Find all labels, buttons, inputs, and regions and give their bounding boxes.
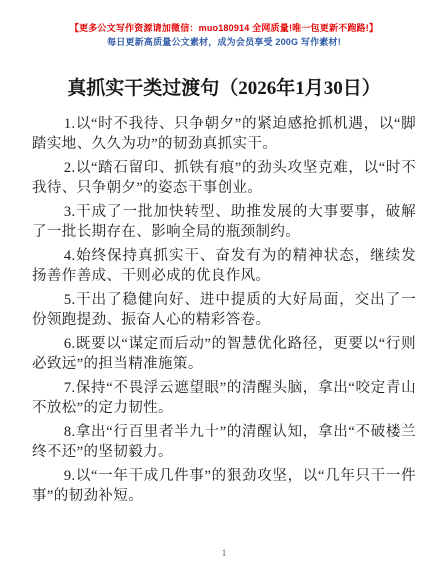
- paragraph-7: 7.保持“不畏浮云遮望眼”的清醒头脑，拿出“咬定青山不放松”的定力韧性。: [32, 379, 416, 418]
- promo-line-1: 【更多公文写作资源请加微信：muo180914 全网质量!唯一包更新不跑路!】: [0, 21, 448, 35]
- promo-line-2: 每日更新高质量公文素材，成为会员享受 200G 写作素材!: [0, 35, 448, 49]
- paragraph-3: 3.干成了一批加快转型、助推发展的大事要事，破解了一批长期存在、影响全局的瓶颈制…: [32, 203, 416, 242]
- paragraph-6: 6.既要以“谋定而后动”的智慧优化路径，更要以“行则必致远”的担当精准施策。: [32, 335, 416, 374]
- paragraph-2: 2.以“踏石留印、抓铁有痕”的劲头攻坚克难，以“时不我待、只争朝夕”的姿态干事创…: [32, 159, 416, 198]
- document-page: 【更多公文写作资源请加微信：muo180914 全网质量!唯一包更新不跑路!】 …: [0, 0, 448, 580]
- paragraph-8: 8.拿出“行百里者半九十”的清醒认知，拿出“不破楼兰终不还”的坚韧毅力。: [32, 423, 416, 462]
- page-number: 1: [0, 548, 448, 558]
- paragraph-9: 9.以“一年干成几件事”的狠劲攻坚，以“几年只干一件事”的韧劲补短。: [32, 467, 416, 506]
- paragraph-4: 4.始终保持真抓实干、奋发有为的精神状态，继续发扬善作善成、干则必成的优良作风。: [32, 247, 416, 286]
- promo-header: 【更多公文写作资源请加微信：muo180914 全网质量!唯一包更新不跑路!】 …: [0, 0, 448, 49]
- paragraph-1: 1.以“时不我待、只争朝夕”的紧迫感抢抓机遇，以“脚踏实地、久久为功”的韧劲真抓…: [32, 115, 416, 154]
- document-body: 1.以“时不我待、只争朝夕”的紧迫感抢抓机遇，以“脚踏实地、久久为功”的韧劲真抓…: [0, 102, 448, 506]
- document-title: 真抓实干类过渡句（2026年1月30日）: [0, 76, 448, 102]
- paragraph-5: 5.干出了稳健向好、进中提质的大好局面，交出了一份领跑提劲、振奋人心的精彩答卷。: [32, 291, 416, 330]
